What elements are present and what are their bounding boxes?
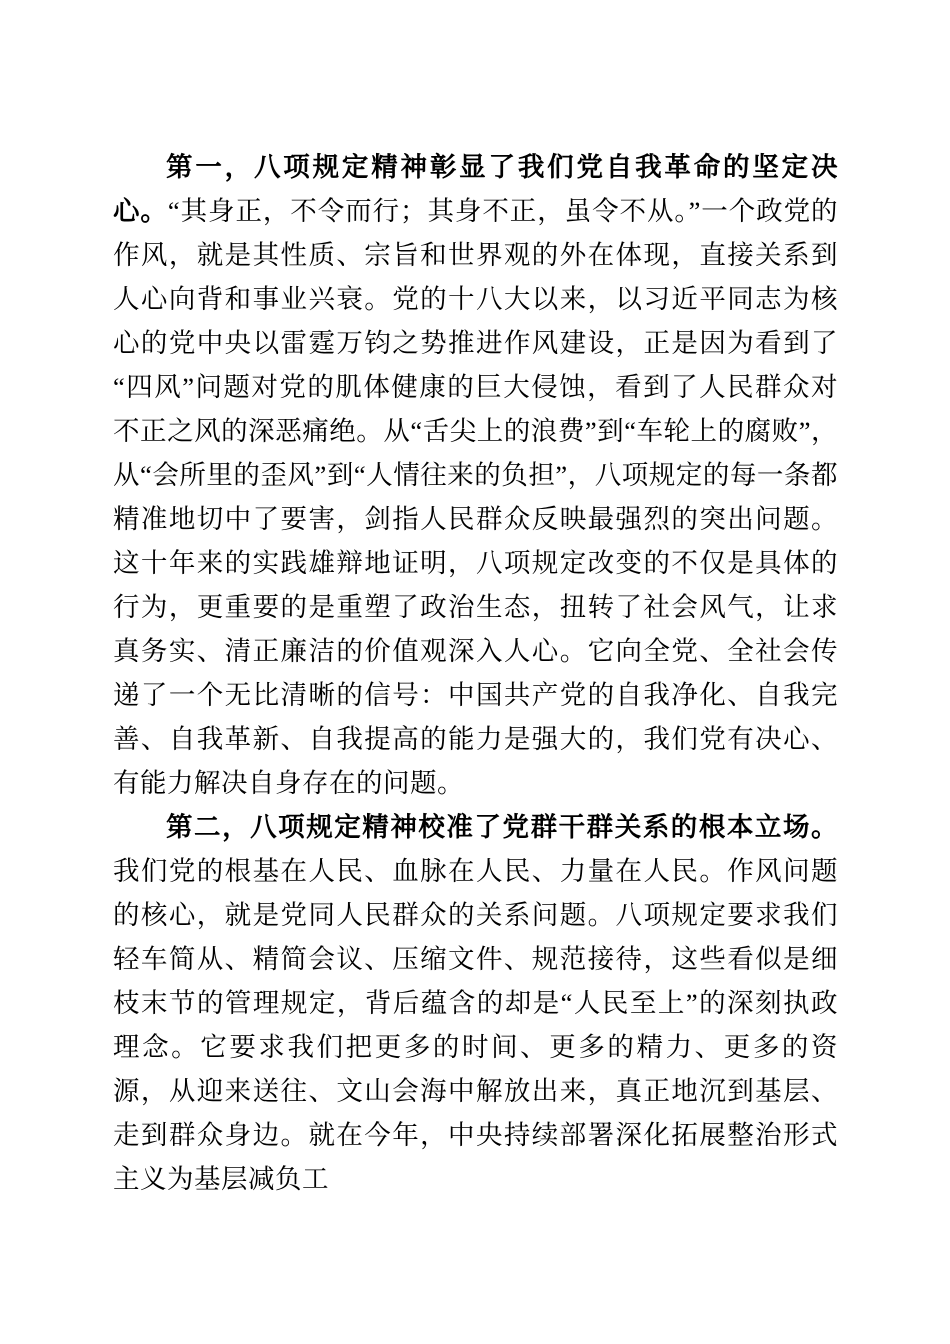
document-page: 第一，八项规定精神彰显了我们党自我革命的坚定决心。“其身正，不令而行；其身不正，… <box>0 0 950 1344</box>
paragraph-2-lead-sentence: 第二，八项规定精神校准了党群干群关系的根本立场。 <box>166 812 838 842</box>
paragraph-1-body-text: “其身正，不令而行；其身不正，虽令不从。”一个政党的作风，就是其性质、宗旨和世界… <box>113 196 838 798</box>
paragraph-2-body-text: 我们党的根基在人民、血脉在人民、力量在人民。作风问题的核心，就是党同人民群众的关… <box>113 856 838 1194</box>
paragraph-1: 第一，八项规定精神彰显了我们党自我革命的坚定决心。“其身正，不令而行；其身不正，… <box>113 145 838 805</box>
paragraph-2: 第二，八项规定精神校准了党群干群关系的根本立场。我们党的根基在人民、血脉在人民、… <box>113 805 838 1201</box>
